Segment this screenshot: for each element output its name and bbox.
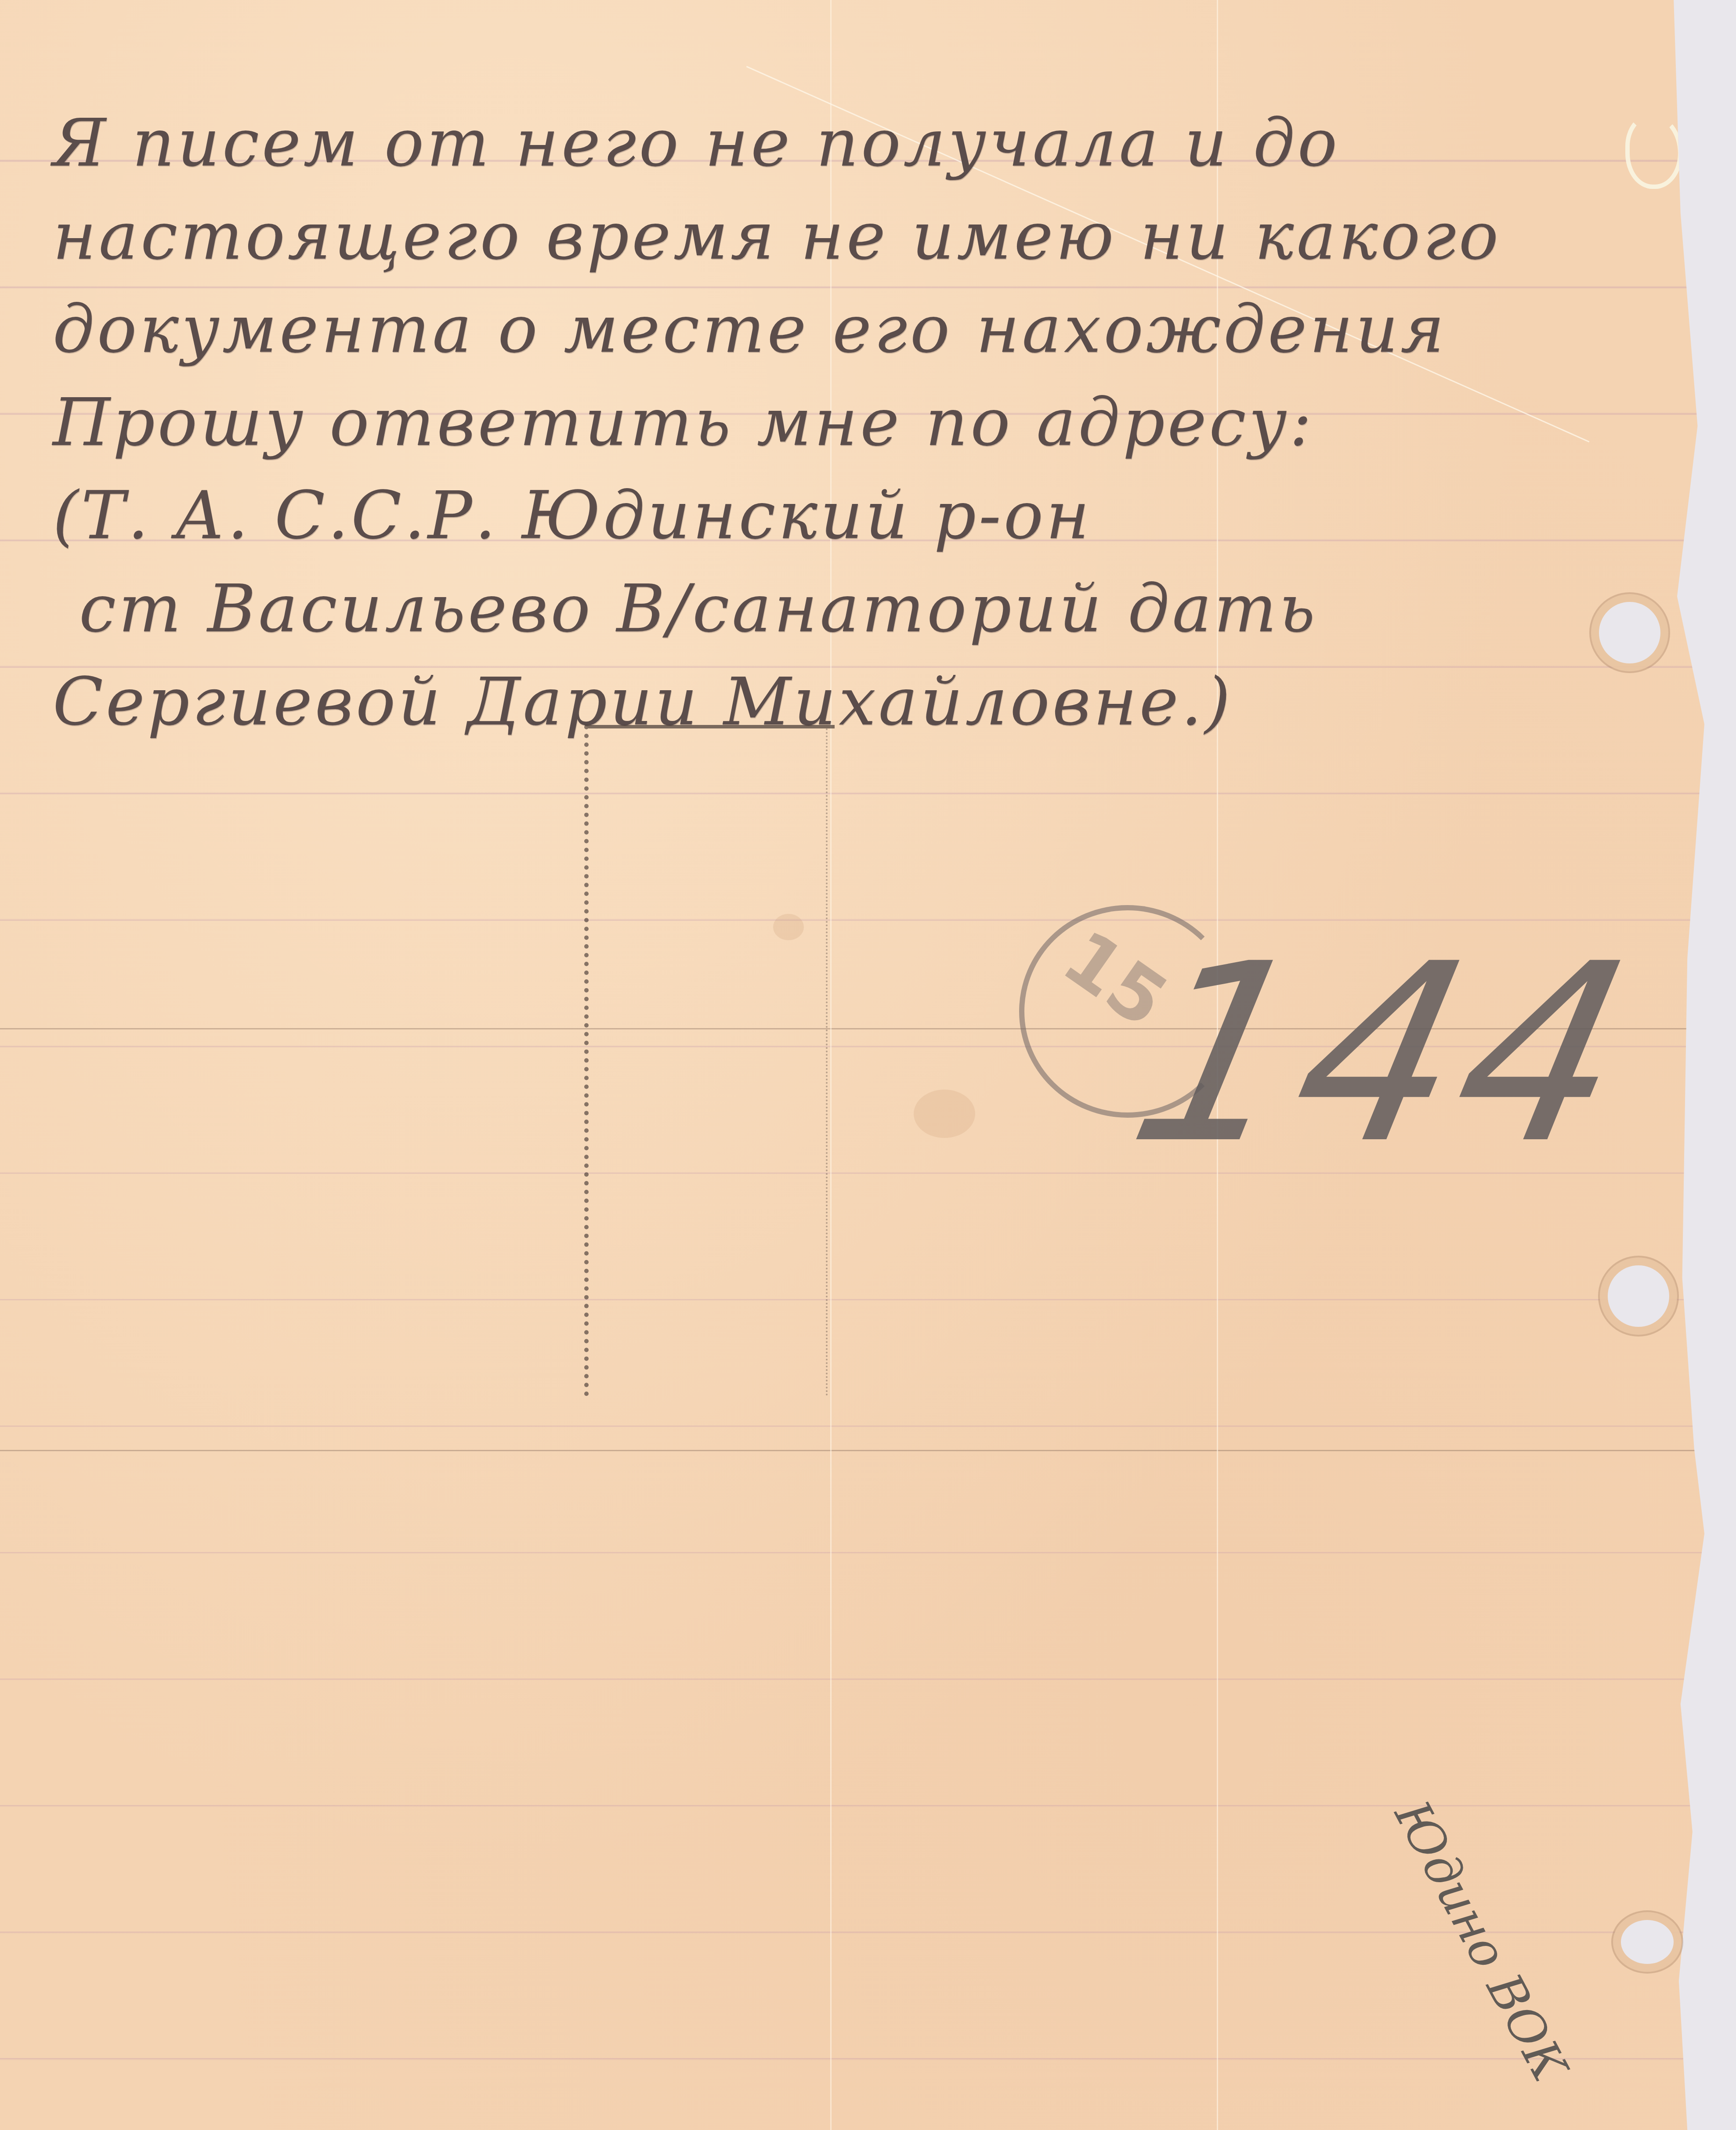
letter-line-3: документа о месте его нахождения <box>53 283 1656 376</box>
ink-stamp-outline <box>584 725 835 1396</box>
letter-line-6-address: ст Васильево В/санаторий дать <box>53 562 1656 656</box>
letter-line-4: Прошу ответить мне по адресу: <box>53 376 1656 469</box>
letter-line-1: Я писем от него не получала и до <box>53 97 1656 190</box>
letter-body: Я писем от него не получала и до настоящ… <box>53 97 1656 749</box>
letter-line-5-address: (Т. А. С.С.Р. Юдинский р-он <box>53 469 1656 562</box>
punch-hole-torn <box>1621 1920 1674 1964</box>
archive-page-number: 144 <box>1116 931 1651 1177</box>
letter-line-7-addressee: Сергиевой Дарии Михайловне.) <box>53 656 1656 749</box>
horizontal-fold-crease <box>0 1450 1704 1451</box>
stain <box>914 1090 975 1138</box>
letter-line-2: настоящего время не имею ни какого <box>53 190 1656 283</box>
letter-page: Я писем от него не получала и до настоящ… <box>0 0 1704 2130</box>
punch-hole <box>1599 602 1660 663</box>
punch-hole <box>1608 1265 1669 1327</box>
